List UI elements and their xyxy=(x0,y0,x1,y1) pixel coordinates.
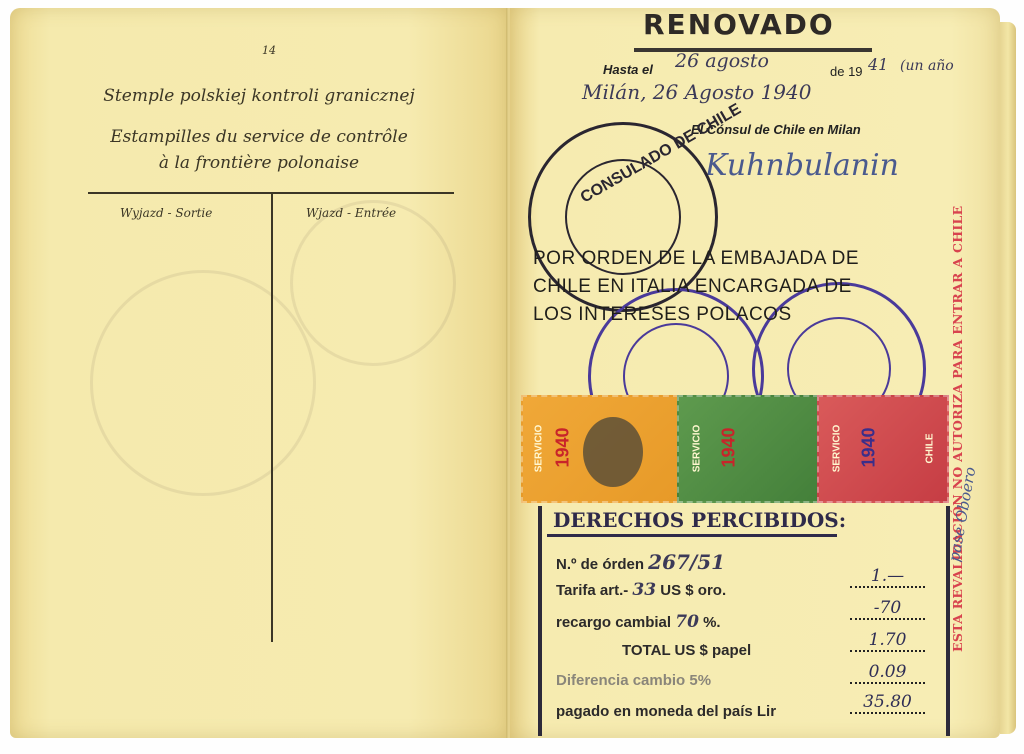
consul-signature: Kuhnbulanin xyxy=(705,148,899,183)
heading-french-2: à la frontière polonaise xyxy=(10,153,508,173)
valid-until-date: 26 agosto xyxy=(675,50,769,72)
amount-surcharge: -70 xyxy=(850,598,925,620)
validity-note: (un año xyxy=(900,58,954,74)
amount-total: 1.70 xyxy=(850,630,925,652)
place-and-date: Milán, 26 Agosto 1940 xyxy=(582,80,811,104)
fees-title-rule xyxy=(547,534,837,537)
column-exit: Wyjazd - Sortie xyxy=(120,206,212,220)
page-edges xyxy=(1000,22,1016,734)
order-line: POR ORDEN DE LA EMBAJADA DE xyxy=(533,245,859,273)
fee-row-paid-local: pagado en moneda del país Lir xyxy=(556,703,776,720)
fee-row-order-number: N.º de órden 267/51 xyxy=(556,550,725,574)
faded-stamp-impression xyxy=(290,200,456,366)
valid-until-label: Hasta el xyxy=(603,62,653,77)
amount-paid-lire: 35.80 xyxy=(850,692,925,714)
fee-row-total: TOTAL US $ papel xyxy=(622,642,751,659)
order-line: LOS INTERESES POLACOS xyxy=(533,301,859,329)
revenue-stamp-red: SERVICIO 1940 CHILE xyxy=(817,395,949,503)
fee-row-difference: Diferencia cambio 5% xyxy=(556,672,711,689)
order-line: CHILE EN ITALIA ENCARGADA DE xyxy=(533,273,859,301)
heading-polish: Stemple polskiej kontroli granicznej xyxy=(10,86,508,106)
fee-row-tariff: Tarifa art.- 33 US $ oro. xyxy=(556,580,726,600)
fees-title: DERECHOS PERCIBIDOS: xyxy=(553,508,846,532)
page-number: 14 xyxy=(262,44,276,57)
amount-tariff: 1.— xyxy=(850,566,925,588)
faded-stamp-impression xyxy=(90,270,316,496)
column-divider xyxy=(271,192,273,642)
column-entry: Wjazd - Entrée xyxy=(306,206,396,220)
side-note-red: ESTA REVALIDACIÓN NO AUTORIZA PARA ENTRA… xyxy=(950,206,965,652)
embassy-order-text: POR ORDEN DE LA EMBAJADA DE CHILE EN ITA… xyxy=(533,245,859,329)
heading-french-1: Estampilles du service de contrôle xyxy=(10,127,508,147)
revenue-stamp-orange: SERVICIO 1940 xyxy=(521,395,679,503)
fee-row-exchange-surcharge: recargo cambial 70 %. xyxy=(556,612,721,632)
amount-difference: 0.09 xyxy=(850,662,925,684)
renewal-stamp: RENOVADO xyxy=(643,8,835,41)
valid-year: 41 xyxy=(868,55,888,74)
year-label: de 19 xyxy=(830,64,863,79)
revenue-stamp-green: SERVICIO 1940 xyxy=(677,395,819,503)
